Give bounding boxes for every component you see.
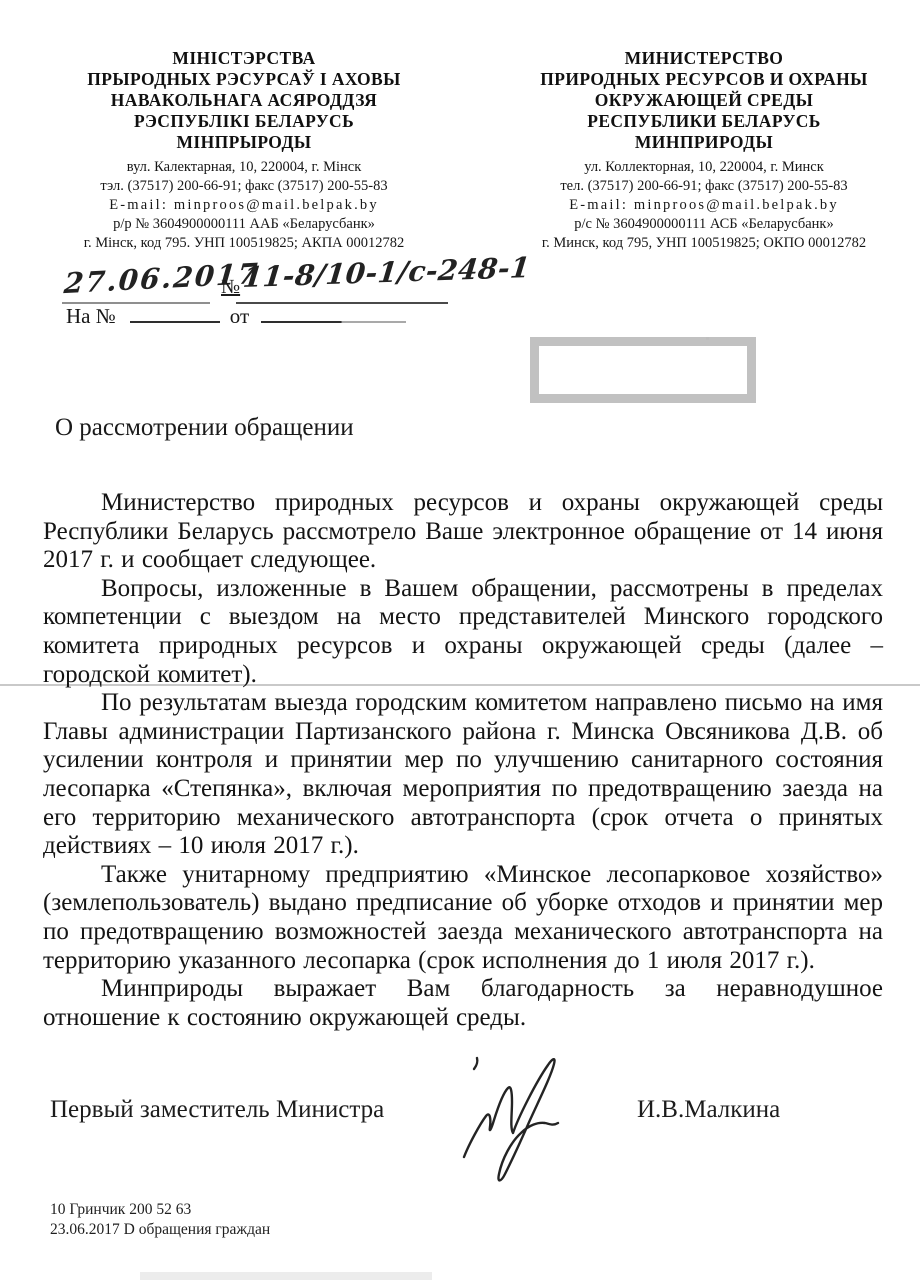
reference-block: 27.06.2017 № 11-8/10-1/с-248-1 На №от (0, 258, 920, 338)
body-paragraph: Также унитарному предприятию «Минское ле… (43, 861, 883, 975)
scan-speck (625, 100, 628, 103)
org-name-russian: МИНИСТЕРСТВО ПРИРОДНЫХ РЕСУРСОВ И ОХРАНЫ… (506, 48, 902, 153)
org-line: МИНИСТЕРСТВО (506, 48, 902, 69)
org-line: ПРЫРОДНЫХ РЭСУРСАЎ І АХОВЫ (48, 69, 440, 90)
subject-line: О рассмотрении обращении (55, 414, 354, 442)
reply-number-label: На № (66, 304, 116, 328)
org-line: НАВАКОЛЬНАГА АСЯРОДДЗЯ (48, 90, 440, 111)
letterhead-russian: МИНИСТЕРСТВО ПРИРОДНЫХ РЕСУРСОВ И ОХРАНЫ… (506, 48, 902, 253)
reply-reference-line: На №от (66, 304, 406, 329)
org-address-belarusian: вул. Калектарная, 10, 220004, г. Мінск т… (48, 158, 440, 253)
signatory-name: И.В.Малкина (637, 1096, 780, 1124)
signatory-title: Первый заместитель Министра (50, 1096, 384, 1124)
body-paragraph: Минприроды выражает Вам благодарность за… (43, 975, 883, 1032)
body-paragraph: Вопросы, изложенные в Вашем обращении, р… (43, 575, 883, 689)
address-line: тел. (37517) 200-66-91; факс (37517) 200… (506, 177, 902, 196)
address-line: вул. Калектарная, 10, 220004, г. Мінск (48, 158, 440, 177)
body-paragraph: Министерство природных ресурсов и охраны… (43, 489, 883, 575)
executor-phone-line: 10 Гринчик 200 52 63 (50, 1200, 270, 1220)
org-line: РЕСПУБЛИКИ БЕЛАРУСЬ (506, 111, 902, 132)
org-line: ОКРУЖАЮЩЕЙ СРЕДЫ (506, 90, 902, 111)
body-paragraph: По результатам выезда городским комитето… (43, 689, 883, 861)
number-sign: № (221, 276, 240, 299)
scan-speck (706, 337, 709, 340)
redaction-box (530, 337, 756, 403)
org-line: МИНПРИРОДЫ (506, 132, 902, 153)
org-line: МІНІСТЭРСТВА (48, 48, 440, 69)
address-line: ул. Коллекторная, 10, 220004, г. Минск (506, 158, 902, 177)
org-line: РЭСПУБЛІКІ БЕЛАРУСЬ (48, 111, 440, 132)
bank-account-line: р/р № 3604900000111 ААБ «Беларусбанк» (48, 215, 440, 234)
org-line: МІНПРЫРОДЫ (48, 132, 440, 153)
scan-edge-smudge (140, 1272, 432, 1280)
bank-account-line: р/с № 3604900000111 АСБ «Беларусбанк» (506, 215, 902, 234)
reply-from-label: от (230, 304, 249, 328)
outgoing-number-handwritten: 11-8/10-1/с-248-1 (241, 251, 532, 294)
executor-footer: 10 Гринчик 200 52 63 23.06.2017 D обраще… (50, 1200, 270, 1240)
org-line: ПРИРОДНЫХ РЕСУРСОВ И ОХРАНЫ (506, 69, 902, 90)
email-line: E-mail: minproos@mail.belpak.by (48, 196, 440, 215)
registration-line: г. Мінск, код 795. УНП 100519825; АКПА 0… (48, 234, 440, 253)
footer-date-line: 23.06.2017 D обращения граждан (50, 1220, 270, 1240)
reply-date-blank (261, 305, 406, 323)
reply-number-blank (130, 305, 220, 323)
letter-body: Министерство природных ресурсов и охраны… (43, 489, 883, 1032)
handwritten-signature-icon (440, 1052, 605, 1192)
email-line: E-mail: minproos@mail.belpak.by (506, 196, 902, 215)
address-line: тэл. (37517) 200-66-91; факс (37517) 200… (48, 177, 440, 196)
scanned-letter-page: МІНІСТЭРСТВА ПРЫРОДНЫХ РЭСУРСАЎ І АХОВЫ … (0, 0, 920, 1280)
registration-line: г. Минск, код 795, УНП 100519825; ОКПО 0… (506, 234, 902, 253)
org-name-belarusian: МІНІСТЭРСТВА ПРЫРОДНЫХ РЭСУРСАЎ І АХОВЫ … (48, 48, 440, 153)
org-address-russian: ул. Коллекторная, 10, 220004, г. Минск т… (506, 158, 902, 253)
letterhead-belarusian: МІНІСТЭРСТВА ПРЫРОДНЫХ РЭСУРСАЎ І АХОВЫ … (48, 48, 440, 253)
